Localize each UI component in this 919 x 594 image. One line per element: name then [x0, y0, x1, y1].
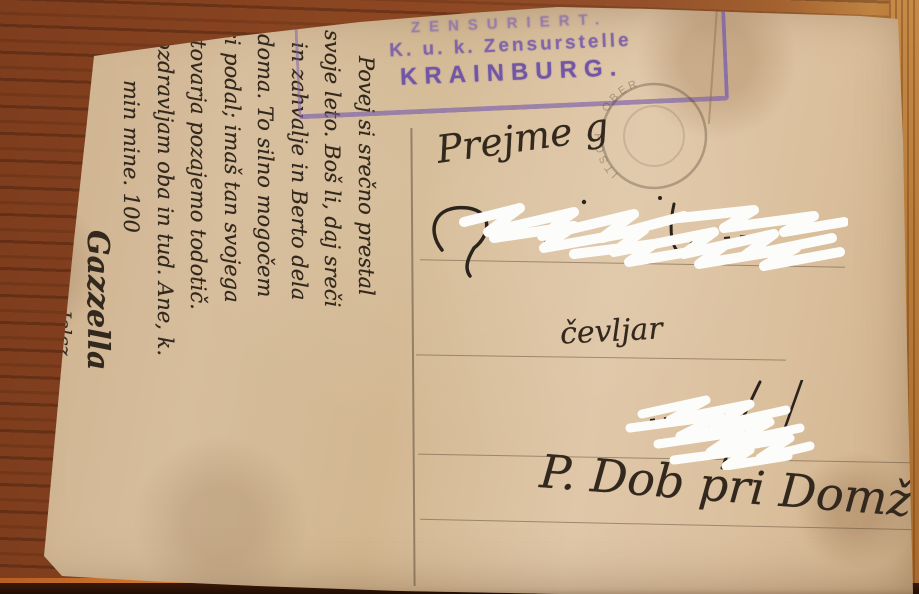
card-divider-line — [410, 128, 415, 586]
address-ruled-line — [416, 354, 786, 361]
postmark-circle-icon: ITSCH - OBER — [594, 76, 714, 196]
message-line: min mine. 100 — [114, 20, 148, 586]
postcard-photo: Povej si srečno prestal svoje leto. Boš … — [0, 0, 919, 594]
message-line: tovarja pozajemo todotič. — [181, 20, 215, 586]
message-line: si podal; imaš tan svojega — [215, 20, 249, 586]
message-line: doma. To silno mogočem — [248, 20, 282, 586]
postcard: Povej si srečno prestal svoje leto. Boš … — [0, 0, 919, 594]
redaction-scribble-name — [424, 192, 848, 278]
salutation-text: Prejme g — [434, 104, 611, 172]
message-line: Pozdravljam oba in tud. Ane, k. — [148, 20, 182, 586]
occupation-text: čevljar — [559, 311, 663, 351]
